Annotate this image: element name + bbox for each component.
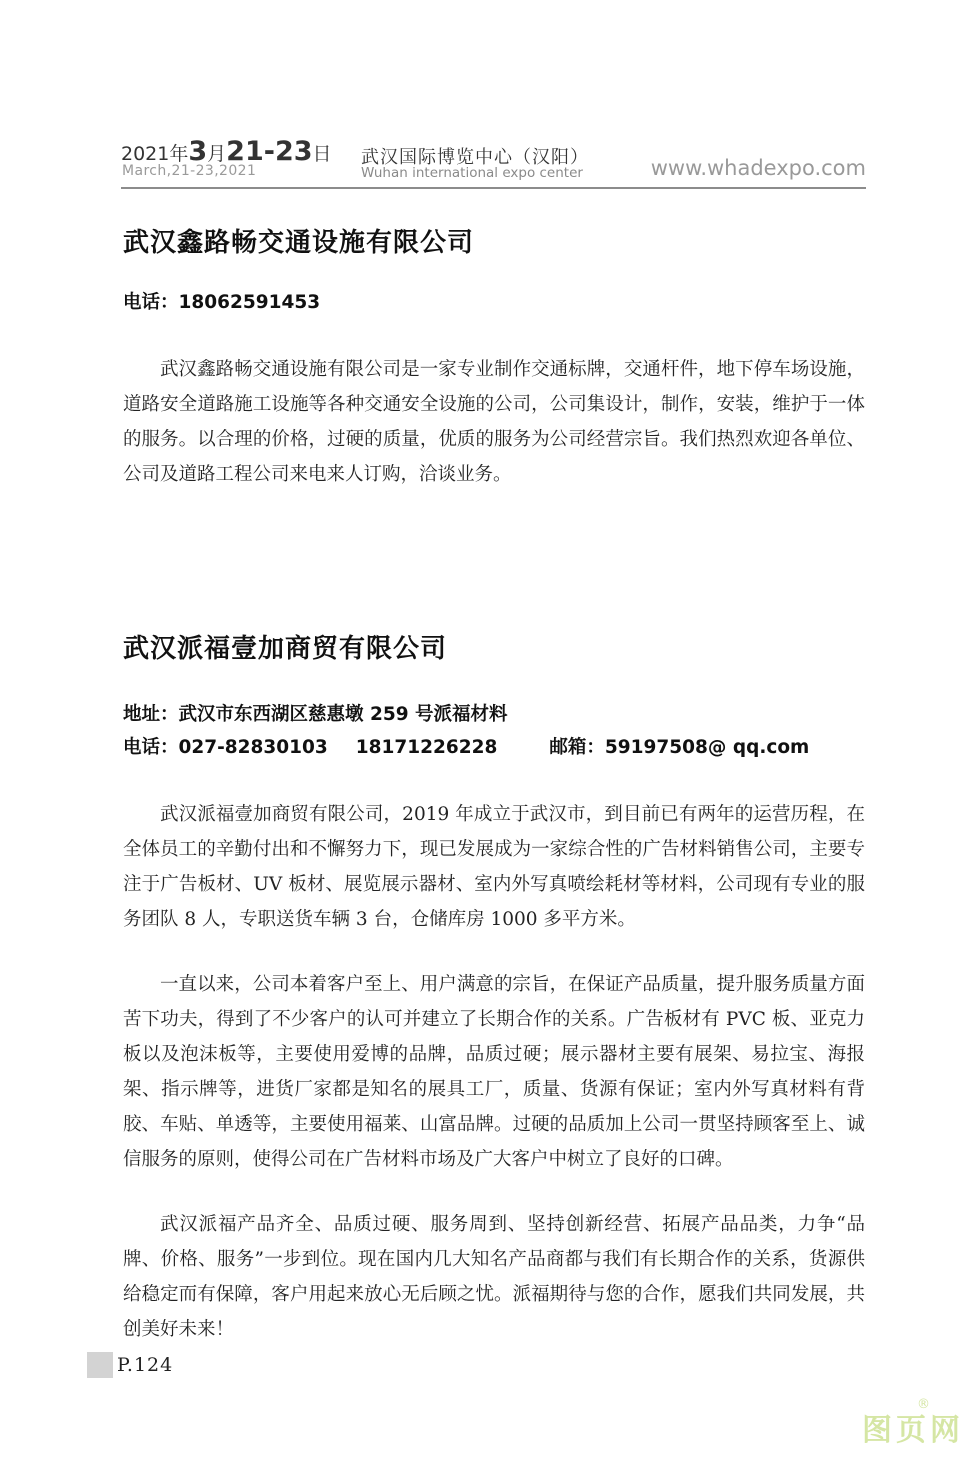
company-description: 一直以来，公司本着客户至上、用户满意的宗旨，在保证产品质量，提升服务质量方面苦下… <box>123 967 865 1177</box>
email-value[interactable]: 59197508@ qq.com <box>605 737 809 758</box>
phone-label: 电话： <box>123 737 179 758</box>
mobile-number: 18171226228 <box>356 737 498 758</box>
phone-number: 18062591453 <box>179 292 321 313</box>
phone-number: 027-82830103 <box>179 737 328 758</box>
contact-line: 电话：027-8283010318171226228邮箱：59197508@ q… <box>123 733 809 759</box>
company-description: 武汉鑫路畅交通设施有限公司是一家专业制作交通标牌，交通杆件，地下停车场设施，道路… <box>123 352 865 492</box>
event-date-en: March,21-23,2021 <box>122 163 256 179</box>
company-title: 武汉派福壹加商贸有限公司 <box>123 628 447 665</box>
company-description: 武汉派福产品齐全、品质过硬、服务周到、坚持创新经营、拓展产品品类，力争“品牌、价… <box>123 1207 865 1347</box>
venue-en: Wuhan international expo center <box>361 165 583 181</box>
date-month-suffix: 月 <box>207 143 226 165</box>
watermark-text: 图页网 <box>862 1413 964 1448</box>
page-header: 2021年3月21-23日 March,21-23,2021 武汉国际博览中心（… <box>121 136 866 188</box>
watermark-logo: 图页网 ® <box>862 1405 964 1449</box>
address-label: 地址： <box>123 704 179 725</box>
phone-line: 电话：18062591453 <box>123 288 320 314</box>
company-title: 武汉鑫路畅交通设施有限公司 <box>123 222 474 259</box>
email-label: 邮箱： <box>549 737 605 758</box>
page-number: P.124 <box>87 1352 173 1378</box>
page-label: P.124 <box>117 1354 173 1376</box>
website-link[interactable]: www.whadexpo.com <box>651 156 866 180</box>
date-year: 2021年 <box>121 143 188 165</box>
date-day-suffix: 日 <box>313 143 332 165</box>
registered-icon: ® <box>917 1397 934 1412</box>
address-value: 武汉市东西湖区慈惠墩 259 号派福材料 <box>179 704 508 725</box>
phone-label: 电话： <box>123 292 179 313</box>
company-description: 武汉派福壹加商贸有限公司，2019 年成立于武汉市，到目前已有两年的运营历程，在… <box>123 797 865 937</box>
header-divider <box>121 187 866 189</box>
page-marker-box <box>87 1352 113 1378</box>
address-line: 地址：武汉市东西湖区慈惠墩 259 号派福材料 <box>123 700 508 726</box>
